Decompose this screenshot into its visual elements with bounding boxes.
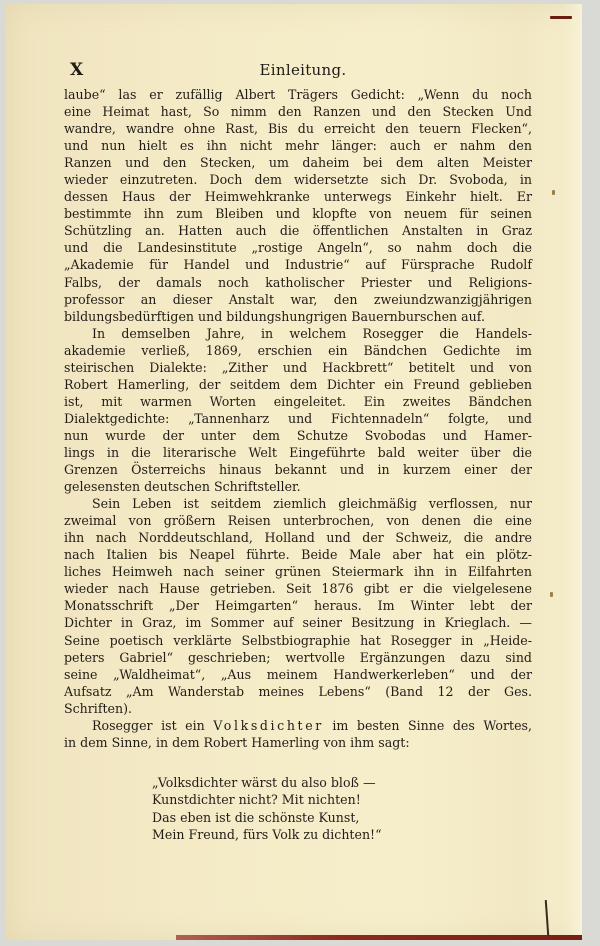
paper-speck xyxy=(552,190,555,195)
paragraph: laube“ las er zufällig Albert Trägers Ge… xyxy=(64,86,532,325)
paragraph: Sein Leben ist seitdem ziemlich gleichmä… xyxy=(64,495,532,717)
text-line: Rosegger ist ein Volksdichter im besten … xyxy=(64,717,532,734)
text-line: steirischen Dialekte: „Zither und Hackbr… xyxy=(64,359,532,376)
running-title: Einleitung. xyxy=(70,61,536,79)
body-text: laube“ las er zufällig Albert Trägers Ge… xyxy=(64,86,532,751)
text-line: Monatsschrift „Der Heimgarten“ heraus. I… xyxy=(64,597,532,614)
text-line: gelesensten deutschen Schriftsteller. xyxy=(64,478,532,495)
text-line: Schützling an. Hatten auch die öffentlic… xyxy=(64,222,532,239)
bottom-cover-edge xyxy=(176,935,582,940)
emphasized-term: Volksdichter xyxy=(213,718,324,733)
text-line: Aufsatz „Am Wanderstab meines Lebens“ (B… xyxy=(64,683,532,700)
text-line: nach Italien bis Neapel führte. Beide Ma… xyxy=(64,546,532,563)
text-line: Robert Hamerling, der seitdem dem Dichte… xyxy=(64,376,532,393)
text-line: liches Heimweh nach seiner grünen Steier… xyxy=(64,563,532,580)
text-line: Falbs, der damals noch katholischer Prie… xyxy=(64,274,532,291)
text-line: peters Gabriel“ geschrieben; wertvolle E… xyxy=(64,649,532,666)
text-line: lings in die literarische Welt Eingeführ… xyxy=(64,444,532,461)
text-fragment: Rosegger ist ein xyxy=(92,718,213,733)
verse-line: Mein Freund, fürs Volk zu dichten!“ xyxy=(152,826,382,843)
text-line: In demselben Jahre, in welchem Rosegger … xyxy=(64,325,532,342)
page-crease xyxy=(545,900,550,936)
text-line: Seine poetisch verklärte Selbstbiographi… xyxy=(64,632,532,649)
text-line: eine Heimat hast, So nimm den Ranzen und… xyxy=(64,103,532,120)
text-line: Grenzen Österreichs hinaus bekannt und i… xyxy=(64,461,532,478)
page-header: X Einleitung. xyxy=(70,60,536,84)
text-line: Dialektgedichte: „Tannenharz und Fichten… xyxy=(64,410,532,427)
text-fragment: im besten Sinne des Wortes, xyxy=(324,718,532,733)
text-line: in dem Sinne, in dem Robert Hamerling vo… xyxy=(64,734,532,751)
text-line: seine „Waldheimat“, „Aus meinem Handwerk… xyxy=(64,666,532,683)
text-line: ist, mit warmen Worten eingeleitet. Ein … xyxy=(64,393,532,410)
text-line: professor an dieser Anstalt war, den zwe… xyxy=(64,291,532,308)
text-line: Sein Leben ist seitdem ziemlich gleichmä… xyxy=(64,495,532,512)
text-line: Schriften). xyxy=(64,700,532,717)
text-line: wandre, wandre ohne Rast, Bis du erreich… xyxy=(64,120,532,137)
text-line: bestimmte ihn zum Bleiben und klopfte vo… xyxy=(64,205,532,222)
verse-line: „Volksdichter wärst du also bloß — xyxy=(152,774,382,791)
verse-line: Kunstdichter nicht? Mit nichten! xyxy=(152,791,382,808)
text-line: wieder nach Hause getrieben. Seit 1876 g… xyxy=(64,580,532,597)
text-line: und nun hielt es ihn nicht mehr länger: … xyxy=(64,137,532,154)
page-edge-shading xyxy=(564,4,582,940)
text-line: „Akademie für Handel und Industrie“ auf … xyxy=(64,256,532,273)
text-line: ihn nach Norddeutschland, Holland und de… xyxy=(64,529,532,546)
text-line: dessen Haus der Heimwehkranke unterwegs … xyxy=(64,188,532,205)
text-line: bildungsbedürftigen und bildungshungrige… xyxy=(64,308,532,325)
paragraph: In demselben Jahre, in welchem Rosegger … xyxy=(64,325,532,495)
text-line: zweimal von größern Reisen unterbrochen,… xyxy=(64,512,532,529)
text-line: und die Landesinstitute „rostige Angeln“… xyxy=(64,239,532,256)
text-line: Dichter in Graz, im Sommer auf seiner Be… xyxy=(64,614,532,631)
text-line: wieder einzutreten. Doch dem widersetzte… xyxy=(64,171,532,188)
text-line: akademie verließ, 1869, erschien ein Bän… xyxy=(64,342,532,359)
verse-line: Das eben ist die schönste Kunst, xyxy=(152,809,382,826)
paragraph: Rosegger ist ein Volksdichter im besten … xyxy=(64,717,532,751)
text-line: Ranzen und den Stecken, um daheim bei de… xyxy=(64,154,532,171)
text-line: nun wurde der unter dem Schutze Svobodas… xyxy=(64,427,532,444)
verse-quote: „Volksdichter wärst du also bloß — Kunst… xyxy=(152,774,382,844)
paper-speck xyxy=(550,592,553,597)
corner-binding-mark xyxy=(550,16,572,19)
text-line: laube“ las er zufällig Albert Trägers Ge… xyxy=(64,86,532,103)
